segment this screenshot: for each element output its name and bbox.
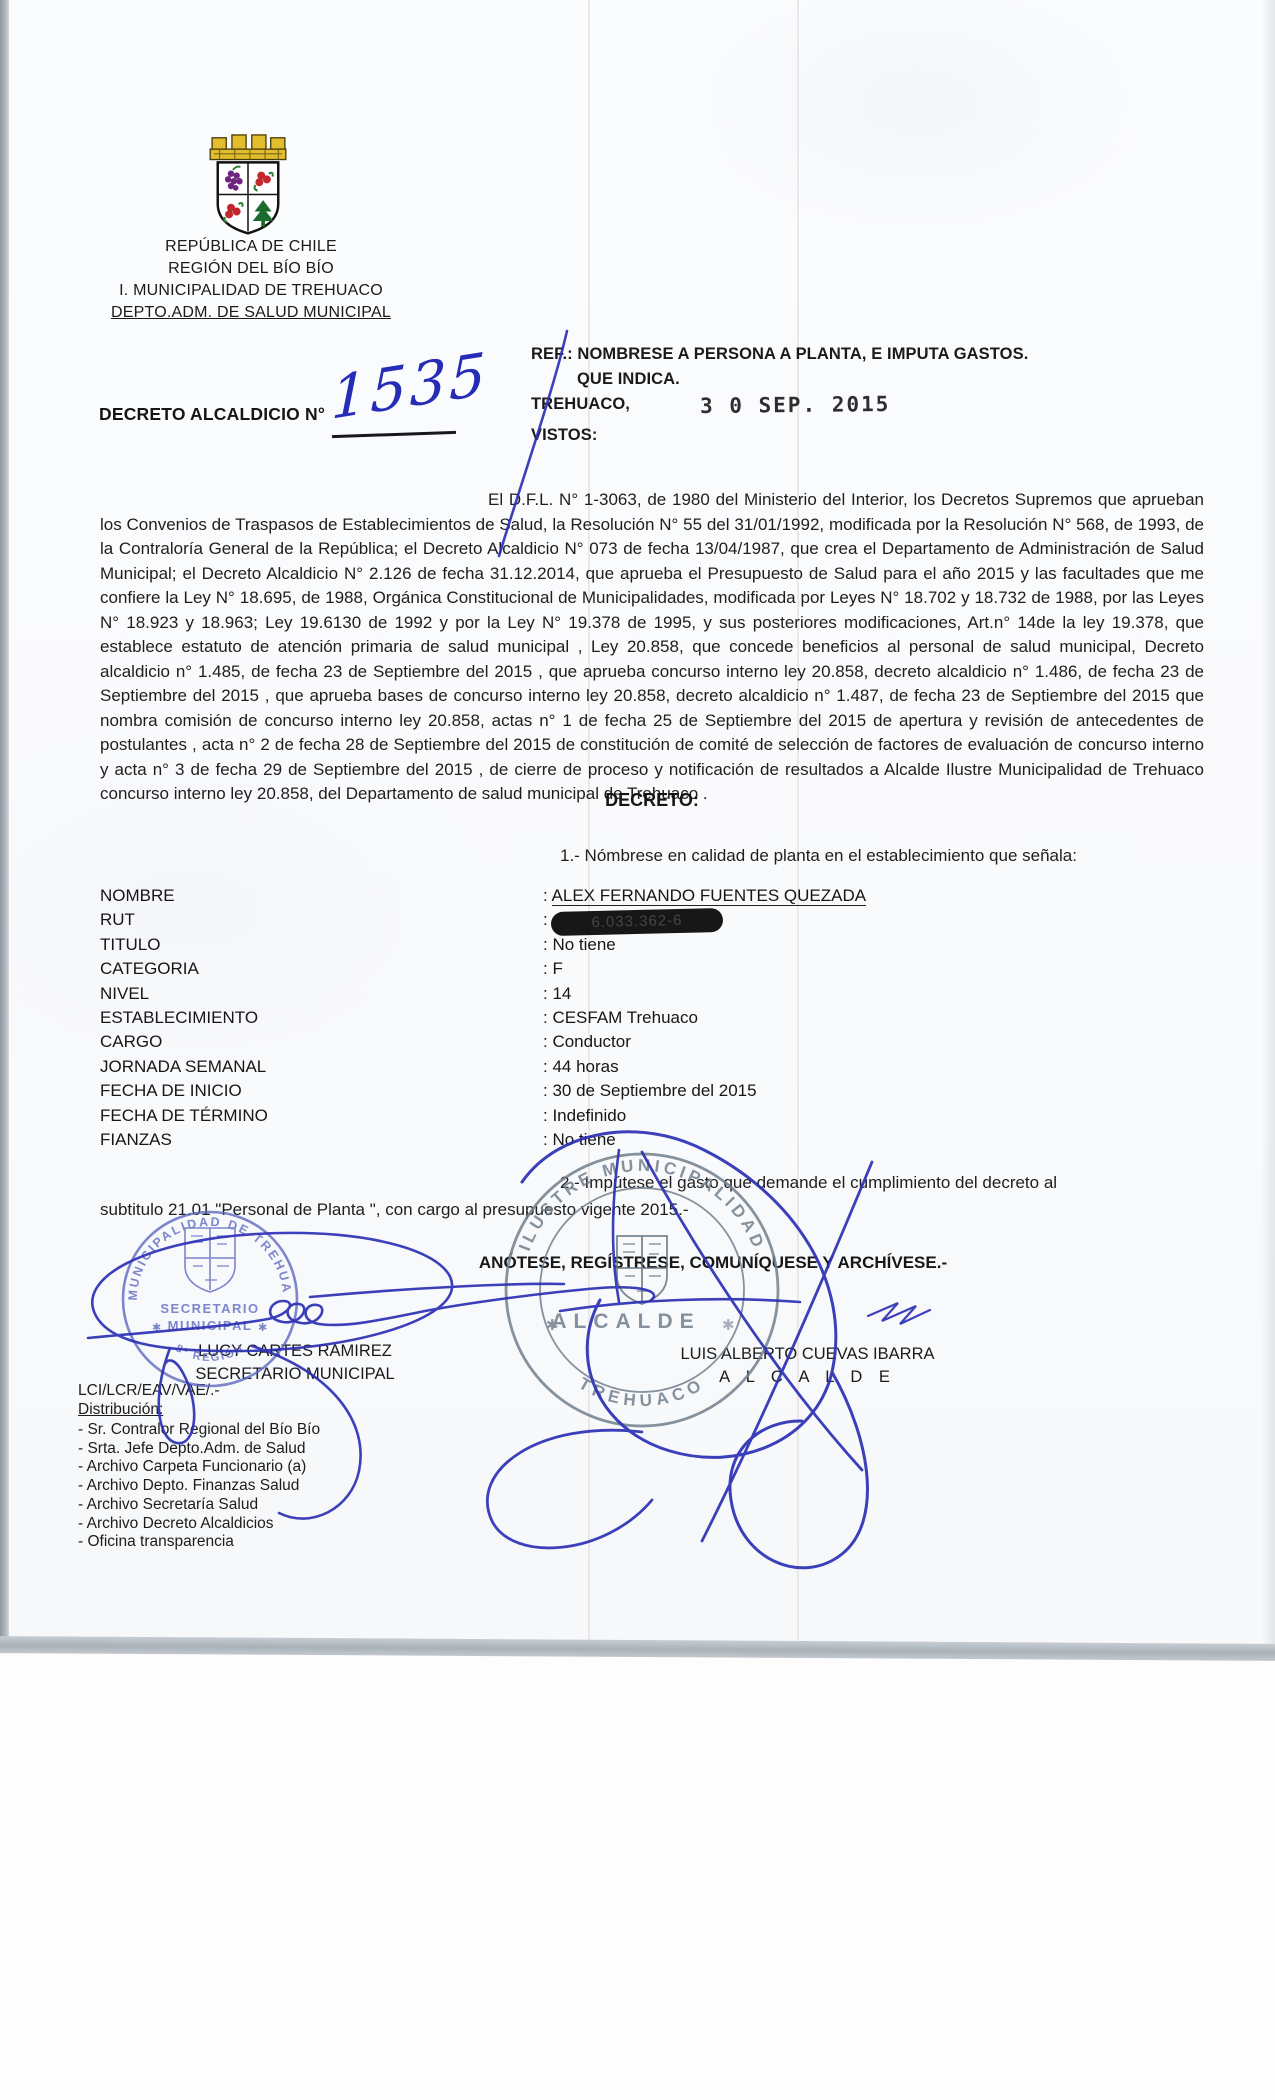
field-value: : No tiene (543, 935, 616, 959)
field-value: : F (543, 959, 563, 983)
decree-item-2-line-2: subtitulo 21.01 "Personal de Planta ", c… (100, 1200, 689, 1220)
rut-redaction-bar: 6.033.362-6 (551, 908, 724, 936)
letterhead-line-country: REPÚBLICA DE CHILE (95, 236, 407, 258)
field-row-nombre: NOMBRE : ALEX FERNANDO FUENTES QUEZADA (100, 886, 1210, 910)
letterhead-line-department: DEPTO.ADM. DE SALUD MUNICIPAL (95, 302, 407, 324)
field-value: : 6.033.362-6 (543, 910, 548, 934)
date-stamp: 3 0 SEP. 2015 (700, 392, 891, 418)
field-row-rut: RUT : 6.033.362-6 (100, 910, 1210, 934)
distribution-item: - Archivo Decreto Alcaldicios (78, 1515, 320, 1534)
field-label: TITULO (100, 935, 543, 959)
vistos-label: VISTOS: (531, 426, 597, 445)
ref-line-2: QUE INDICA. (577, 370, 680, 389)
field-value: : 14 (543, 984, 571, 1008)
distribution-item: - Srta. Jefe Depto.Adm. de Salud (78, 1440, 320, 1459)
fold-crease-right (797, 0, 799, 1640)
field-label: CARGO (100, 1032, 543, 1056)
distribution-item: - Sr. Contralor Regional del Bío Bío (78, 1421, 320, 1440)
field-value: : ALEX FERNANDO FUENTES QUEZADA (543, 886, 866, 910)
field-row-jornada: JORNADA SEMANAL : 44 horas (100, 1057, 1210, 1081)
field-value: : 30 de Septiembre del 2015 (543, 1081, 757, 1105)
appointment-fields: NOMBRE : ALEX FERNANDO FUENTES QUEZADA R… (100, 886, 1210, 1154)
municipal-crest-icon (200, 134, 296, 238)
field-row-nivel: NIVEL : 14 (100, 984, 1210, 1008)
distribution-item: - Archivo Depto. Finanzas Salud (78, 1477, 320, 1496)
letterhead: REPÚBLICA DE CHILE REGIÓN DEL BÍO BÍO I.… (95, 236, 407, 324)
field-value: : No tiene (543, 1130, 616, 1154)
field-row-fianzas: FIANZAS : No tiene (100, 1130, 1210, 1154)
field-row-establecimiento: ESTABLECIMIENTO : CESFAM Trehuaco (100, 1008, 1210, 1032)
field-label: JORNADA SEMANAL (100, 1057, 543, 1081)
field-label: FECHA DE TÉRMINO (100, 1106, 543, 1130)
decree-item-2-line-1: 2.- Impútese el gasto que demande el cum… (560, 1173, 1057, 1193)
closing-formula: ANÓTESE, REGÍSTRESE, COMUNÍQUESE Y ARCHÍ… (413, 1253, 1013, 1273)
field-label: RUT (100, 910, 543, 934)
initials-line: LCI/LCR/EAV/VAE/.- (78, 1382, 220, 1400)
field-label: FECHA DE INICIO (100, 1081, 543, 1105)
ref-place: TREHUACO, (531, 395, 630, 414)
field-value: : 44 horas (543, 1057, 619, 1081)
field-value: : Indefinido (543, 1106, 626, 1130)
ref-line-1: REF.: NOMBRESE A PERSONA A PLANTA, E IMP… (531, 345, 1111, 364)
distribution-item: - Archivo Secretaría Salud (78, 1496, 320, 1515)
scanner-edge-strip (0, 0, 9, 1652)
mayor-title: A L C A L D E (660, 1366, 955, 1389)
fold-crease-left (588, 0, 590, 1640)
secretary-name: LUCY CARTES RAMIREZ (170, 1340, 420, 1363)
distribution-item: - Archivo Carpeta Funcionario (a) (78, 1458, 320, 1477)
decree-item-1: 1.- Nómbrese en calidad de planta en el … (560, 846, 1077, 866)
scanned-decree-document: { "header": { "line1": "REPÚBLICA DE CHI… (0, 0, 1275, 2100)
field-row-categoria: CATEGORIA : F (100, 959, 1210, 983)
vistos-paragraph: El D.F.L. N° 1-3063, de 1980 del Ministe… (100, 488, 1204, 807)
field-row-titulo: TITULO : No tiene (100, 935, 1210, 959)
mayor-signature-block: LUIS ALBERTO CUEVAS IBARRA A L C A L D E (660, 1343, 955, 1389)
distribution-item: - Oficina transparencia (78, 1533, 320, 1552)
secretary-signature-block: LUCY CARTES RAMIREZ SECRETARIO MUNICIPAL (170, 1340, 420, 1386)
mayor-name: LUIS ALBERTO CUEVAS IBARRA (660, 1343, 955, 1366)
field-label: FIANZAS (100, 1130, 543, 1154)
field-label: CATEGORIA (100, 959, 543, 983)
field-row-fecha-inicio: FECHA DE INICIO : 30 de Septiembre del 2… (100, 1081, 1210, 1105)
page-right-shadow (1261, 0, 1275, 1652)
field-row-cargo: CARGO : Conductor (100, 1032, 1210, 1056)
field-row-fecha-termino: FECHA DE TÉRMINO : Indefinido (100, 1106, 1210, 1130)
distribution-heading: Distribución: (78, 1401, 163, 1419)
field-label: NOMBRE (100, 886, 543, 910)
field-value: : CESFAM Trehuaco (543, 1008, 698, 1032)
distribution-list: - Sr. Contralor Regional del Bío Bío - S… (78, 1421, 320, 1552)
letterhead-line-region: REGIÓN DEL BÍO BÍO (95, 258, 407, 280)
field-value: : Conductor (543, 1032, 631, 1056)
decree-label: DECRETO ALCALDICIO N° (99, 404, 325, 425)
field-label: ESTABLECIMIENTO (100, 1008, 543, 1032)
field-label: NIVEL (100, 984, 543, 1008)
decreto-heading: DECRETO: (100, 790, 1204, 811)
letterhead-line-municipality: I. MUNICIPALIDAD DE TREHUACO (95, 280, 407, 302)
